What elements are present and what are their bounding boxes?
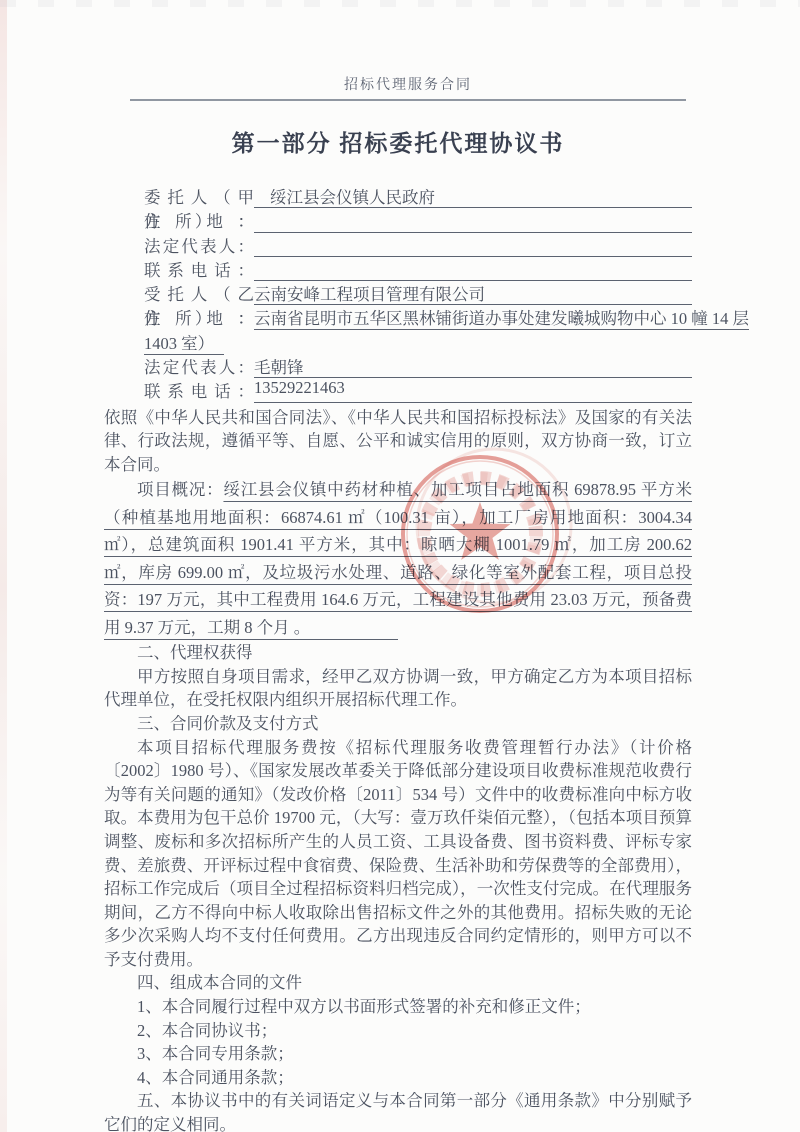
contract-file-item: 2、本合同协议书； xyxy=(104,1019,692,1043)
party-value: 云南安峰工程项目管理有限公司 xyxy=(254,281,692,305)
party-value: 13529221463 xyxy=(254,378,692,402)
scan-edge-artifact-left xyxy=(0,0,7,1132)
section2-heading: 二、代理权获得 xyxy=(104,641,692,665)
party-label: 住所地： xyxy=(144,208,254,232)
party-value: 毛朝锋 xyxy=(254,354,692,378)
section3-paragraph: 本项目招标代理服务费按《招标代理服务收费管理暂行办法》（计价格〔2002〕198… xyxy=(104,736,692,972)
section2-paragraph: 甲方按照自身项目需求，经甲乙双方协调一致，甲方确定乙方为本项目招标代理单位，在受… xyxy=(104,665,692,712)
party-value-blank xyxy=(254,208,692,232)
party-label: 受托人（乙方）： xyxy=(144,281,254,305)
contract-file-item: 4、本合同通用条款； xyxy=(104,1066,692,1090)
project-overview-label: 项目概况： xyxy=(137,480,223,499)
doc-type-label: 招标代理服务合同 xyxy=(344,78,472,93)
party-label: 法定代表人： xyxy=(144,233,254,257)
party-row-agent: 受托人（乙方）： 云南安峰工程项目管理有限公司 xyxy=(144,281,692,305)
party-value-blank xyxy=(254,233,692,257)
parties-form: 委托人（甲方）： 绥江县会仪镇人民政府 住所地： 法定代表人： 联系电话： 受托… xyxy=(144,184,692,403)
party-value: 云南省昆明市五华区黑林铺街道办事处建发曦城购物中心 10 幢 14 层 xyxy=(254,305,749,329)
section3-heading: 三、合同价款及支付方式 xyxy=(104,712,692,736)
party-label: 联系电话： xyxy=(144,378,254,402)
contract-file-item: 1、本合同履行过程中双方以书面形式签署的补充和修正文件； xyxy=(104,995,692,1019)
section5-paragraph: 五、本协议书中的有关词语定义与本合同第一部分《通用条款》中分别赋予它们的定义相同… xyxy=(104,1089,692,1132)
party-value: 1403 室） xyxy=(144,330,224,355)
party-row-client-representative: 法定代表人： xyxy=(144,233,692,257)
party-row-agent-phone: 联系电话： 13529221463 xyxy=(144,378,692,402)
scanned-contract-page: 招标代理服务合同 第一部分 招标委托代理协议书 委托人（甲方）： 绥江县会仪镇人… xyxy=(0,0,800,1132)
party-row-client-address: 住所地： xyxy=(144,208,692,232)
page-title: 第一部分 招标委托代理协议书 xyxy=(104,125,692,158)
party-label: 联系电话： xyxy=(144,257,254,281)
party-row-agent-address-wrap: 1403 室） xyxy=(144,330,692,354)
party-row-client: 委托人（甲方）： 绥江县会仪镇人民政府 xyxy=(144,184,692,208)
contract-file-item: 3、本合同专用条款； xyxy=(104,1042,692,1066)
party-value: 绥江县会仪镇人民政府 xyxy=(254,184,692,208)
contract-file-list: 1、本合同履行过程中双方以书面形式签署的补充和修正文件； 2、本合同协议书； 3… xyxy=(104,995,692,1089)
party-row-agent-address: 住所地： 云南省昆明市五华区黑林铺街道办事处建发曦城购物中心 10 幢 14 层 xyxy=(144,305,692,329)
party-value-blank xyxy=(254,257,692,281)
official-red-seal-stamp xyxy=(388,442,576,630)
party-row-agent-representative: 法定代表人： 毛朝锋 xyxy=(144,354,692,378)
running-header: 招标代理服务合同 xyxy=(130,74,686,101)
party-row-client-phone: 联系电话： xyxy=(144,257,692,281)
contract-clauses: 二、代理权获得 甲方按照自身项目需求，经甲乙双方协调一致，甲方确定乙方为本项目招… xyxy=(104,641,692,1132)
party-label: 法定代表人： xyxy=(144,354,254,378)
party-label: 委托人（甲方）： xyxy=(144,184,254,208)
party-label: 住所地： xyxy=(144,305,254,329)
overview-underline-trail xyxy=(310,629,398,640)
section4-heading: 四、组成本合同的文件 xyxy=(104,971,692,995)
